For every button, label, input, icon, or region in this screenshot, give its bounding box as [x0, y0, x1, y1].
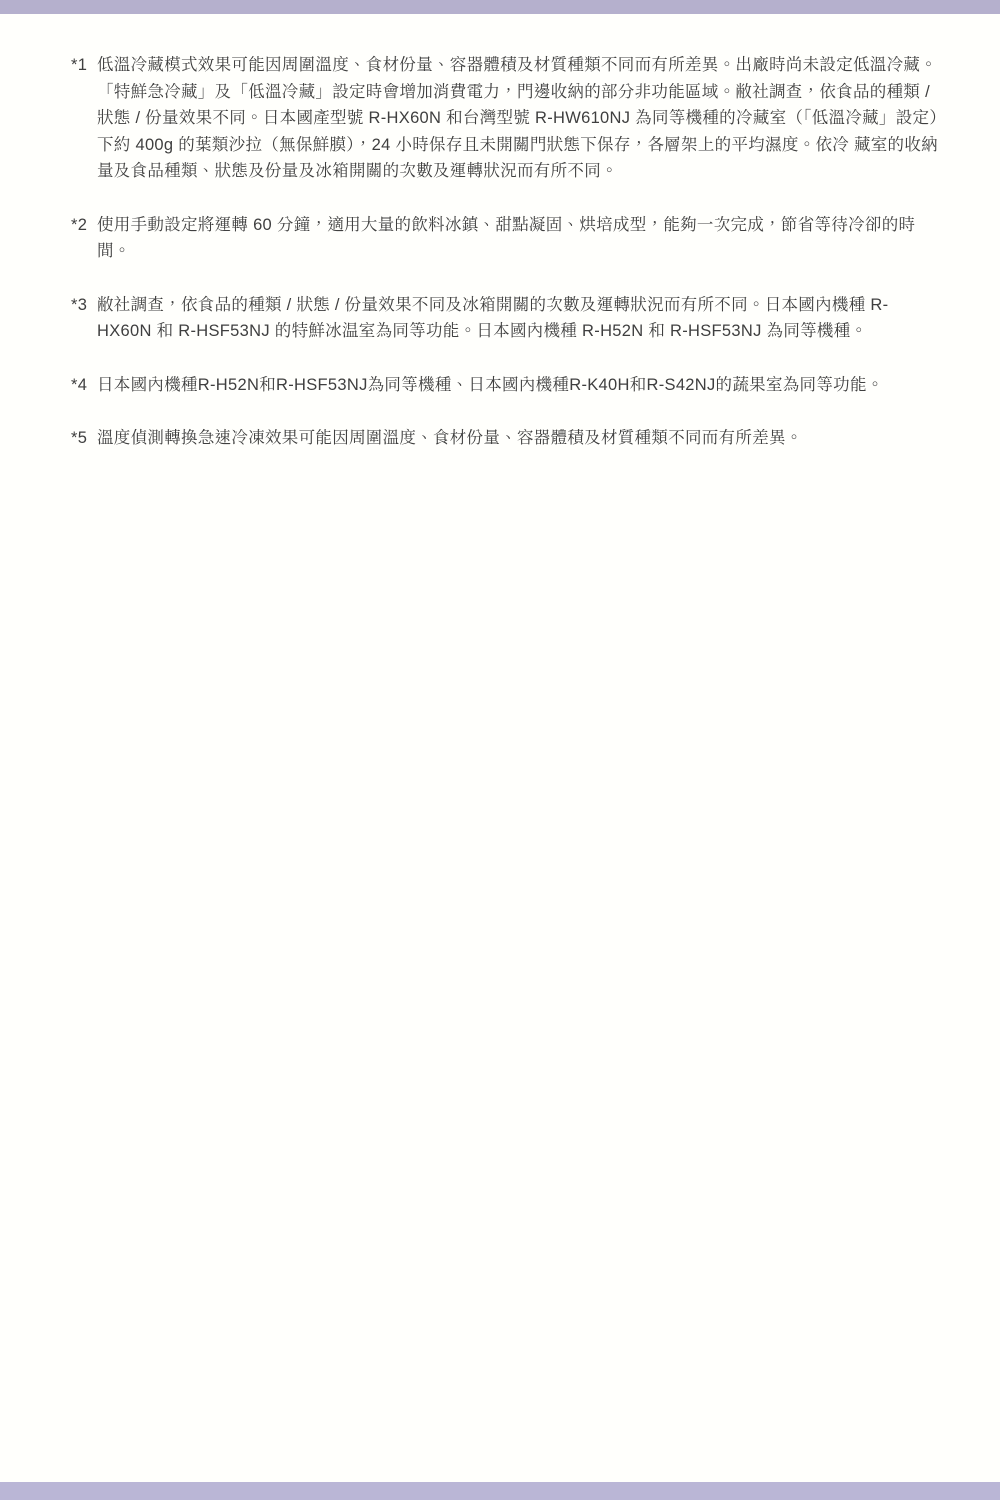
footnote-marker: *3: [71, 292, 97, 319]
footnote-item: *5 溫度偵測轉換急速冷凍效果可能因周圍溫度、食材份量、容器體積及材質種類不同而…: [71, 425, 951, 452]
footnote-text: 日本國內機種R-H52N和R-HSF53NJ為同等機種、日本國內機種R-K40H…: [97, 372, 943, 399]
footnote-marker: *1: [71, 52, 97, 79]
footnote-item: *1 低溫冷藏模式效果可能因周圍溫度、食材份量、容器體積及材質種類不同而有所差異…: [71, 52, 951, 185]
footnote-marker: *4: [71, 372, 97, 399]
footnote-marker: *2: [71, 212, 97, 239]
footnote-text: 使用手動設定將運轉 60 分鐘，適用大量的飲料冰鎮、甜點凝固、烘培成型，能夠一次…: [97, 212, 943, 265]
footnote-text: 敝社調查，依食品的種類 / 狀態 / 份量效果不同及冰箱開關的次數及運轉狀況而有…: [97, 292, 943, 345]
footnote-item: *4 日本國內機種R-H52N和R-HSF53NJ為同等機種、日本國內機種R-K…: [71, 372, 951, 399]
bottom-border-band: [0, 1482, 1000, 1500]
top-border-band: [0, 0, 1000, 14]
footnote-text: 溫度偵測轉換急速冷凍效果可能因周圍溫度、食材份量、容器體積及材質種類不同而有所差…: [97, 425, 943, 452]
footnote-text: 低溫冷藏模式效果可能因周圍溫度、食材份量、容器體積及材質種類不同而有所差異。出廠…: [97, 52, 943, 185]
footnotes-section: *1 低溫冷藏模式效果可能因周圍溫度、食材份量、容器體積及材質種類不同而有所差異…: [71, 52, 951, 479]
footnote-item: *3 敝社調查，依食品的種類 / 狀態 / 份量效果不同及冰箱開關的次數及運轉狀…: [71, 292, 951, 345]
footnote-marker: *5: [71, 425, 97, 452]
footnote-item: *2 使用手動設定將運轉 60 分鐘，適用大量的飲料冰鎮、甜點凝固、烘培成型，能…: [71, 212, 951, 265]
